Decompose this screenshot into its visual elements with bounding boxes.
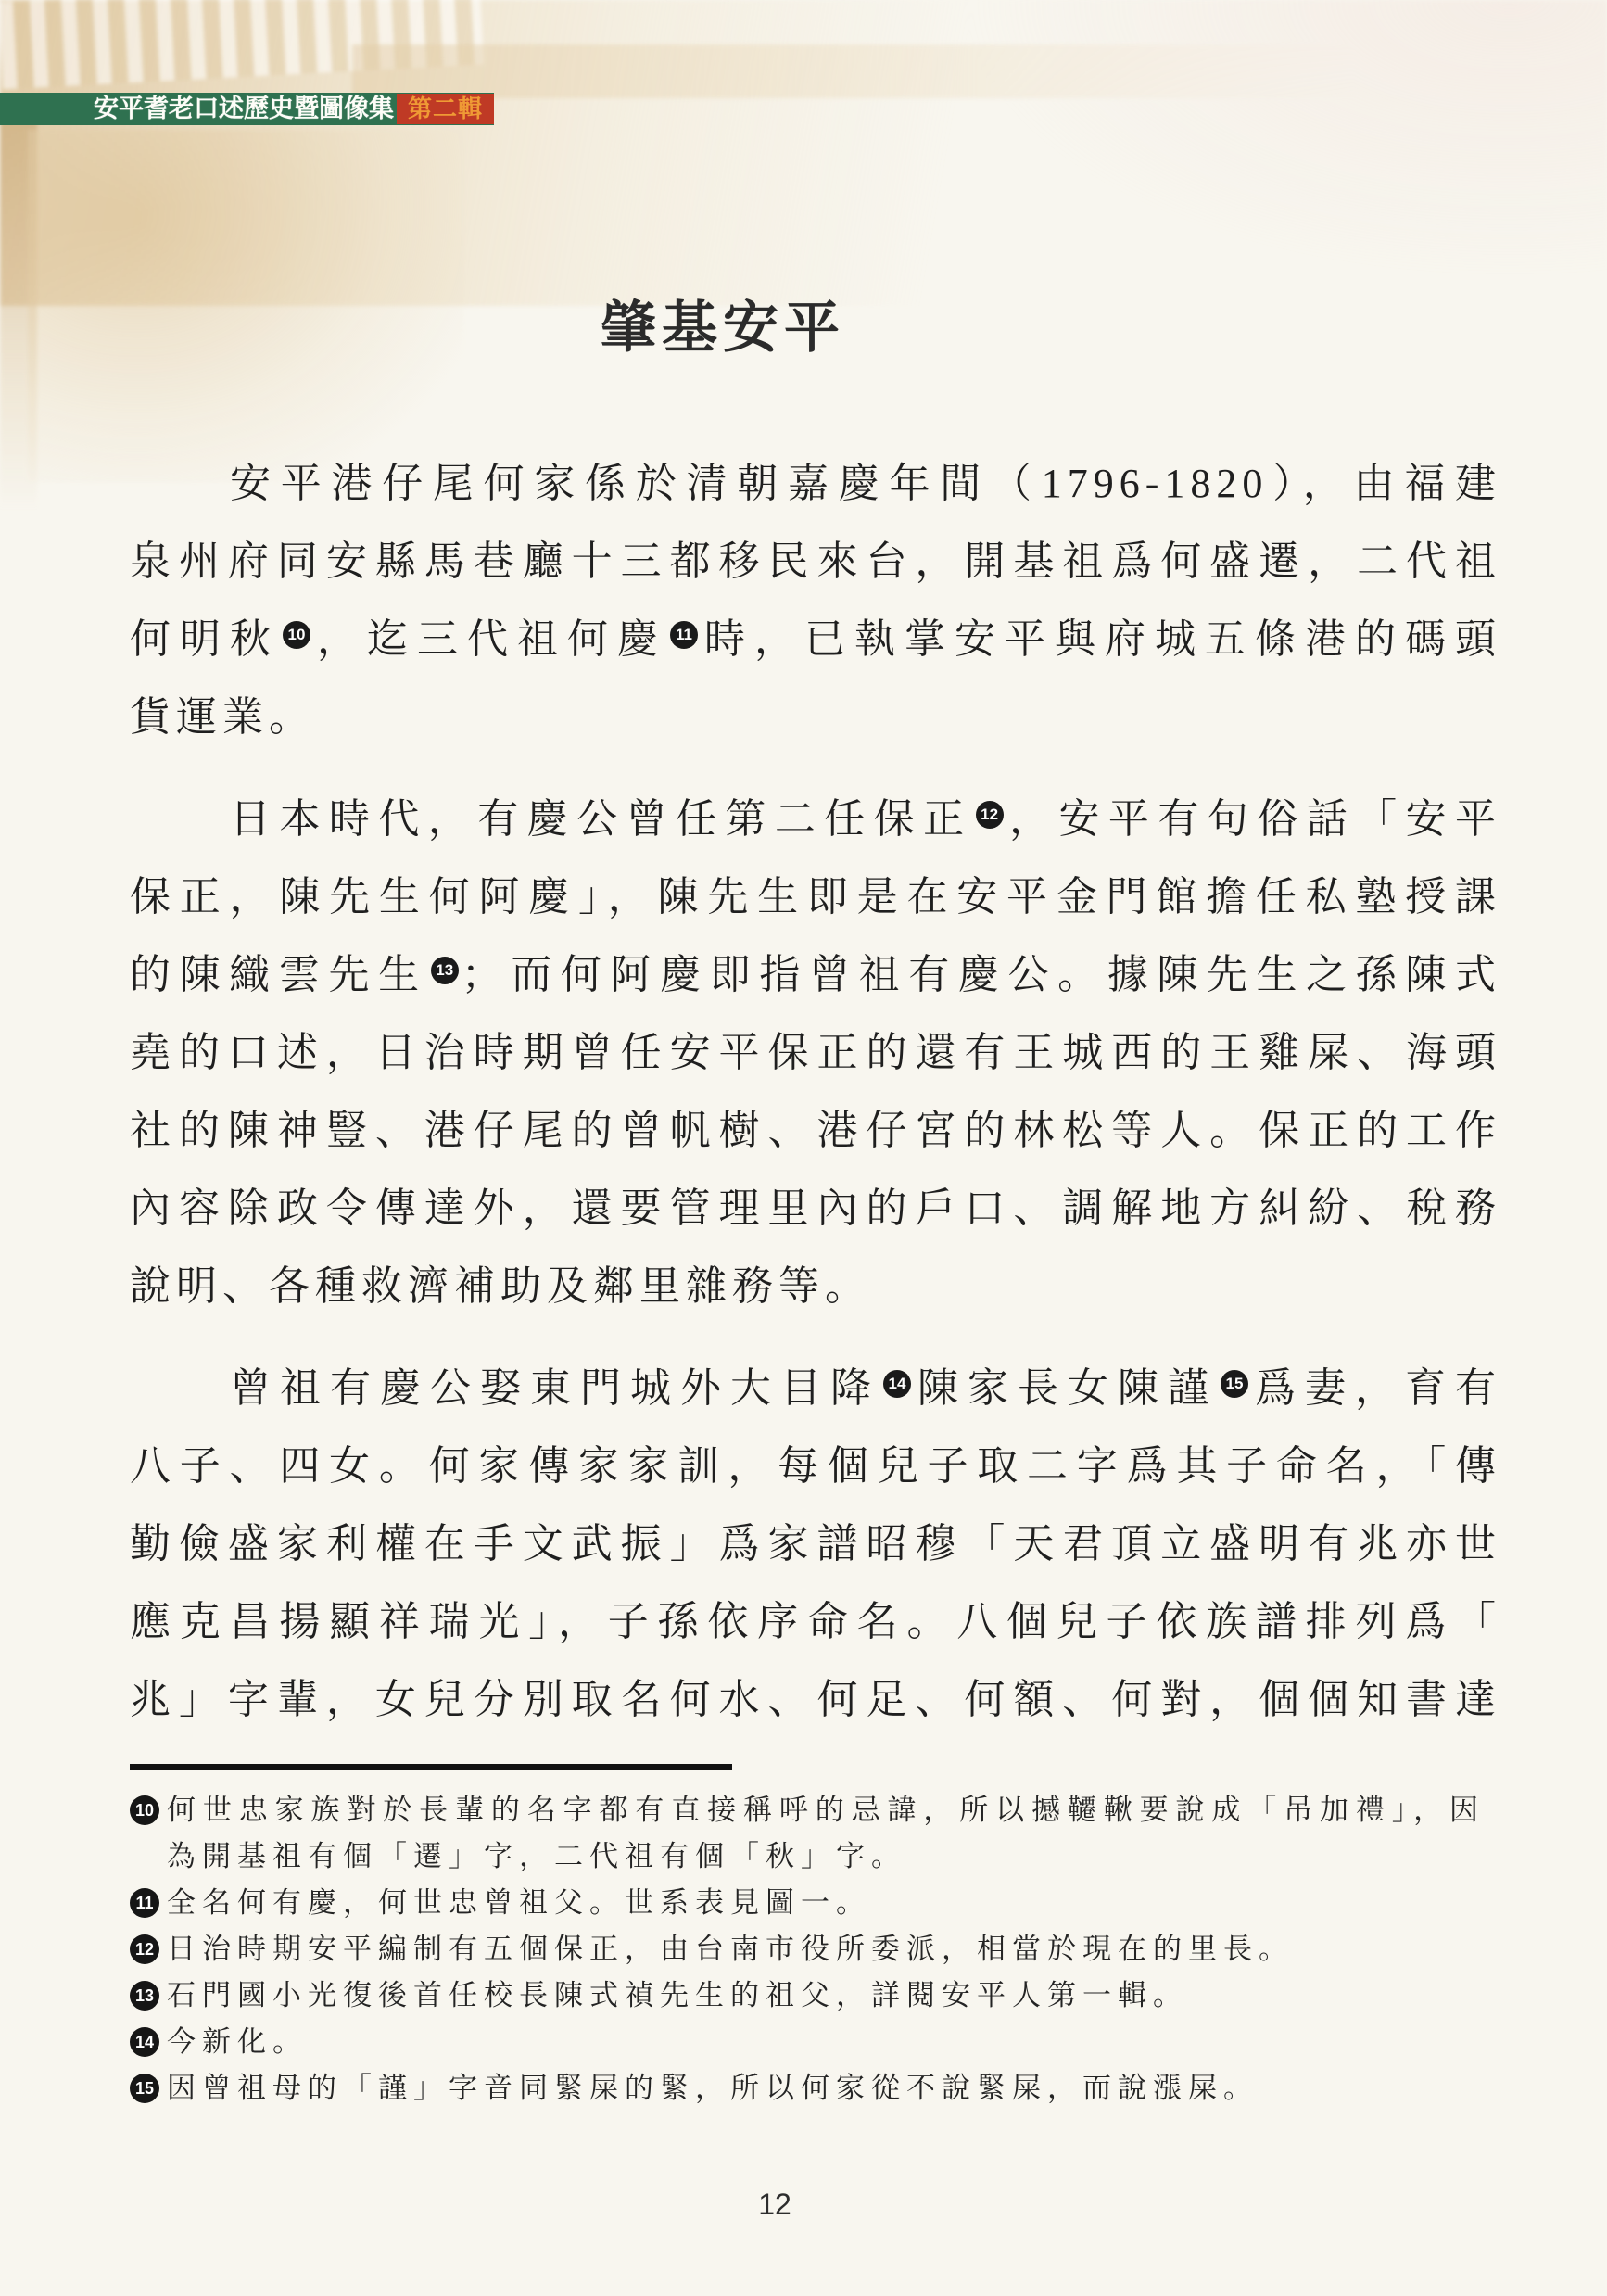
- footnote-ref-12: 12: [976, 801, 1004, 829]
- body-paragraphs: 安平港仔尾何家係於清朝嘉慶年間（1796-1820），由福建泉州府同安縣馬巷廳十…: [130, 445, 1501, 1763]
- book-series-title: 安平耆老口述歷史暨圖像集: [94, 93, 394, 125]
- watermark-wash: [0, 0, 1094, 306]
- book-page: 安平耆老口述歷史暨圖像集 第二輯 肇基安平 安平港仔尾何家係於清朝嘉慶年間（17…: [0, 0, 1607, 2296]
- paragraph: 安平港仔尾何家係於清朝嘉慶年間（1796-1820），由福建泉州府同安縣馬巷廳十…: [130, 445, 1501, 756]
- footnote-ref-13: 13: [431, 957, 459, 984]
- footnote-text: 何世忠家族對於長輩的名字都有直接稱呼的忌諱，所以撼韆鞦要說成「吊加禮」，因為開基…: [167, 1787, 1485, 1880]
- footnote-separator: [130, 1764, 732, 1770]
- paragraph: 曾祖有慶公娶東門城外大目降14陳家長女陳謹15爲妻，育有八子、四女。何家傳家家訓…: [130, 1350, 1501, 1739]
- footnote-text: 全名何有慶，何世忠曾祖父。世系表見圖一。: [167, 1880, 1485, 1926]
- body-line: 安平港仔尾何家係於清朝嘉慶年間（1796-1820），由福建: [130, 445, 1501, 523]
- watermark-left-strip: [0, 111, 37, 510]
- footnote-11: 11全名何有慶，何世忠曾祖父。世系表見圖一。: [130, 1880, 1485, 1926]
- footnote-marker-14: 14: [130, 2027, 159, 2057]
- footnote-12: 12日治時期安平編制有五個保正，由台南市役所委派，相當於現在的里長。: [130, 1926, 1485, 1973]
- page-number: 12: [747, 2188, 803, 2222]
- watermark-top-right-tint: [958, 0, 1607, 278]
- body-line: 何明秋10，迄三代祖何慶11時，已執掌安平與府城五條港的碼頭: [130, 601, 1501, 679]
- footnote-marker-15: 15: [130, 2074, 159, 2103]
- body-line: 應克昌揚顯祥瑞光」，子孫依序命名。八個兒子依族譜排列爲「: [130, 1583, 1501, 1661]
- footnote-10: 10何世忠家族對於長輩的名字都有直接稱呼的忌諱，所以撼韆鞦要說成「吊加禮」，因為…: [130, 1787, 1485, 1880]
- body-line: 堯的口述，日治時期曾任安平保正的還有王城西的王雞屎、海頭: [130, 1014, 1501, 1092]
- footnote-marker-10: 10: [130, 1795, 159, 1825]
- footnote-14: 14今新化。: [130, 2019, 1485, 2065]
- paragraph: 日本時代，有慶公曾任第二任保正12，安平有句俗話「安平保正，陳先生何阿慶」，陳先…: [130, 780, 1501, 1326]
- footnote-text: 日治時期安平編制有五個保正，由台南市役所委派，相當於現在的里長。: [167, 1926, 1485, 1973]
- footnote-ref-10: 10: [283, 621, 310, 649]
- body-line: 泉州府同安縣馬巷廳十三都移民來台，開基祖爲何盛遷，二代祖: [130, 523, 1501, 601]
- body-line: 內容除政令傳達外，還要管理里內的戶口、調解地方糾紛、稅務: [130, 1170, 1501, 1248]
- body-line: 日本時代，有慶公曾任第二任保正12，安平有句俗話「安平: [130, 780, 1501, 858]
- watermark-lower-patch: [28, 130, 463, 482]
- body-line: 兆」字輩，女兒分別取名何水、何足、何額、何對，個個知書達: [130, 1661, 1501, 1739]
- body-line: 貨運業。: [130, 679, 1501, 756]
- chapter-title: 肇基安平: [601, 289, 845, 367]
- watermark-horizontal-band: [352, 44, 1353, 98]
- body-line: 八子、四女。何家傳家家訓，每個兒子取二字爲其子命名，「傳: [130, 1427, 1501, 1505]
- footnote-ref-11: 11: [670, 621, 698, 649]
- watermark-roof-tiles: [0, 0, 484, 90]
- footnote-ref-14: 14: [883, 1370, 911, 1398]
- body-line: 保正，陳先生何阿慶」，陳先生即是在安平金門館擔任私塾授課: [130, 858, 1501, 936]
- volume-badge: 第二輯: [397, 94, 494, 124]
- footnote-text: 石門國小光復後首任校長陳式禎先生的祖父，詳閱安平人第一輯。: [167, 1973, 1485, 2019]
- footnote-marker-12: 12: [130, 1934, 159, 1964]
- body-line: 曾祖有慶公娶東門城外大目降14陳家長女陳謹15爲妻，育有: [130, 1350, 1501, 1427]
- footnote-15: 15因曾祖母的「謹」字音同緊屎的緊，所以何家從不說緊屎，而說漲屎。: [130, 2065, 1485, 2112]
- footnotes: 10何世忠家族對於長輩的名字都有直接稱呼的忌諱，所以撼韆鞦要說成「吊加禮」，因為…: [130, 1787, 1485, 2112]
- body-line: 說明、各種救濟補助及鄰里雜務等。: [130, 1248, 1501, 1326]
- header-band: 安平耆老口述歷史暨圖像集 第二輯: [0, 93, 494, 125]
- body-line: 的陳織雲先生13；而何阿慶即指曾祖有慶公。據陳先生之孫陳式: [130, 936, 1501, 1014]
- body-line: 社的陳神豎、港仔尾的曾帆樹、港仔宮的林松等人。保正的工作: [130, 1092, 1501, 1170]
- footnote-marker-13: 13: [130, 1981, 159, 2011]
- body-line: 勤儉盛家利權在手文武振」爲家譜昭穆「天君頂立盛明有兆亦世: [130, 1505, 1501, 1583]
- footnote-text: 因曾祖母的「謹」字音同緊屎的緊，所以何家從不說緊屎，而說漲屎。: [167, 2065, 1485, 2112]
- footnote-marker-11: 11: [130, 1888, 159, 1918]
- footnote-13: 13石門國小光復後首任校長陳式禎先生的祖父，詳閱安平人第一輯。: [130, 1973, 1485, 2019]
- footnote-ref-15: 15: [1221, 1370, 1248, 1398]
- footnote-text: 今新化。: [167, 2019, 1485, 2065]
